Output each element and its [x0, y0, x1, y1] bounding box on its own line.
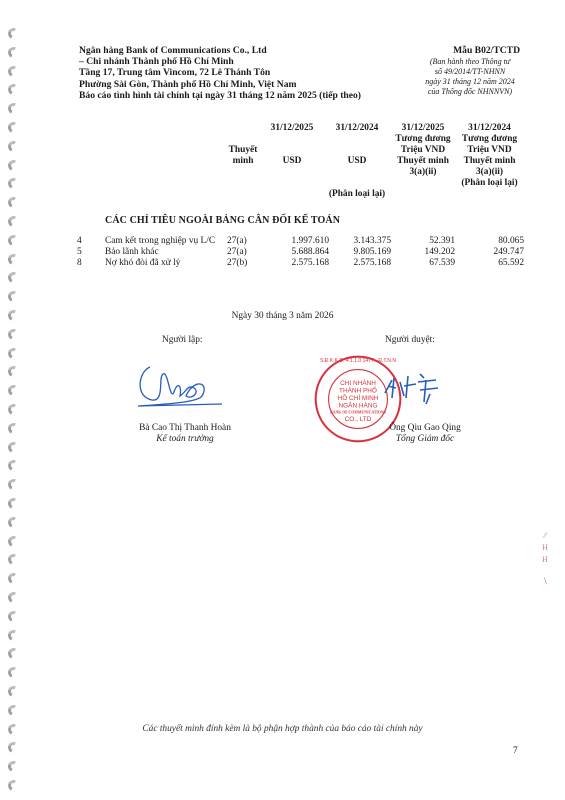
row-code: 8 [77, 258, 105, 269]
binder-ring [6, 760, 20, 774]
form-note-1: (Ban hành theo Thông tư [380, 57, 520, 67]
row-usd-2025: 2.575.168 [263, 258, 329, 269]
binder-ring [6, 252, 20, 266]
binder-ring [6, 440, 20, 454]
svg-text:CHI NHÁNH: CHI NHÁNH [340, 378, 376, 387]
page-number: 7 [513, 746, 518, 756]
binder-ring [6, 290, 20, 304]
binder-ring [6, 647, 20, 661]
bank-name: Ngân hàng Bank of Communications Co., Lt… [79, 45, 361, 56]
approver-signature [380, 368, 450, 408]
row-usd-2024: 2.575.168 [329, 258, 391, 269]
column-headers: Thuyết minh 31/12/2025 USD 31/12/2024 US… [78, 123, 524, 200]
svg-text:CO., LTD: CO., LTD [345, 416, 372, 423]
preparer-label: Người lập: [162, 335, 203, 345]
binder-ring [6, 120, 20, 134]
binder-ring [6, 515, 20, 529]
margin-stamp-marks: ⁄⁄HH∖ [535, 530, 555, 630]
table-row: 8Nợ khó đòi đã xử lý27(b)2.575.1682.575.… [77, 258, 524, 269]
binder-ring [6, 478, 20, 492]
binder-ring [6, 703, 20, 717]
binder-ring [6, 196, 20, 210]
binder-ring [6, 64, 20, 78]
binder-ring [6, 666, 20, 680]
row-item: Bảo lãnh khác [105, 247, 227, 258]
binder-ring [6, 496, 20, 510]
row-usd-2025: 5.688.864 [263, 247, 329, 258]
form-note-4: của Thống đốc NHNNVN) [380, 87, 520, 97]
off-balance-table: 4Cam kết trong nghiệp vụ L/C27(a)1.997.6… [77, 236, 524, 270]
preparer-title: Kế toán trưởng [130, 434, 240, 445]
address-line-1: Tầng 17, Trung tâm Vincom, 72 Lê Thánh T… [79, 67, 361, 78]
row-vnd-2025: 52.391 [391, 236, 455, 247]
branch-name: – Chi nhánh Thành phố Hồ Chí Minh [79, 56, 361, 67]
binder-ring [6, 158, 20, 172]
binder-ring [6, 553, 20, 567]
binder-ring [6, 214, 20, 228]
report-title: Báo cáo tình hình tài chính tại ngày 31 … [79, 90, 361, 101]
row-vnd-2024: 249.747 [455, 247, 524, 258]
binder-ring [6, 83, 20, 97]
col-note-header: Thuyết minh [225, 123, 261, 200]
binder-ring [6, 459, 20, 473]
form-note-2: số 49/2014/TT-NHNN [380, 67, 520, 77]
row-note-ref: 27(a) [227, 236, 263, 247]
row-vnd-2024: 65.592 [455, 258, 524, 269]
binder-ring [6, 233, 20, 247]
binder-ring [6, 177, 20, 191]
row-item: Nợ khó đòi đã xử lý [105, 258, 227, 269]
svg-text:S.Đ.K.K.D: 4.1.1.0.1477 - Đ.T.: S.Đ.K.K.D: 4.1.1.0.1477 - Đ.T.N.N [320, 358, 396, 364]
preparer-name: Bà Cao Thị Thanh Hoàn [130, 423, 240, 434]
row-vnd-2025: 67.539 [391, 258, 455, 269]
binder-ring [6, 741, 20, 755]
binder-ring [6, 26, 20, 40]
binder-ring [6, 139, 20, 153]
binder-ring [6, 365, 20, 379]
row-note-ref: 27(a) [227, 247, 263, 258]
table-row: 4Cam kết trong nghiệp vụ L/C27(a)1.997.6… [77, 236, 524, 247]
binder-ring [6, 778, 20, 792]
binder-ring [6, 45, 20, 59]
binder-ring [6, 590, 20, 604]
form-note-3: ngày 31 tháng 12 năm 2024 [380, 77, 520, 87]
binder-ring [6, 572, 20, 586]
row-note-ref: 27(b) [227, 258, 263, 269]
approver-block: Ông Qiu Gao Qing Tổng Giám đốc [370, 423, 480, 445]
binder-ring [6, 271, 20, 285]
row-vnd-2025: 149.202 [391, 247, 455, 258]
section-title: CÁC CHỈ TIÊU NGOÀI BẢNG CÂN ĐỐI KẾ TOÁN [105, 215, 340, 226]
col-vnd-2025: 31/12/2025 Tương đương Triệu VND Thuyết … [391, 123, 455, 200]
row-code: 4 [77, 236, 105, 247]
row-item: Cam kết trong nghiệp vụ L/C [105, 236, 227, 247]
row-usd-2024: 9.805.169 [329, 247, 391, 258]
binder-ring [6, 346, 20, 360]
address-line-2: Phường Sài Gòn, Thành phố Hồ Chí Minh, V… [79, 79, 361, 90]
approver-label: Người duyệt: [385, 335, 435, 345]
col-usd-2025: 31/12/2025 USD [261, 123, 323, 200]
binder-ring [6, 327, 20, 341]
binder-ring [6, 609, 20, 623]
company-header: Ngân hàng Bank of Communications Co., Lt… [79, 45, 361, 101]
binder-rings [6, 0, 26, 800]
row-usd-2024: 3.143.375 [329, 236, 391, 247]
preparer-block: Bà Cao Thị Thanh Hoàn Kế toán trưởng [130, 423, 240, 445]
svg-text:NGÂN HÀNG: NGÂN HÀNG [339, 400, 378, 409]
footer-note: Các thuyết minh đính kèm là bộ phận hợp … [0, 724, 565, 734]
table-row: 5Bảo lãnh khác27(a)5.688.8649.805.169149… [77, 247, 524, 258]
binder-ring [6, 402, 20, 416]
col-usd-2024: 31/12/2024 USD (Phân loại lại) [323, 123, 391, 200]
row-code: 5 [77, 247, 105, 258]
signing-date: Ngày 30 tháng 3 năm 2026 [0, 311, 565, 321]
binder-ring [6, 421, 20, 435]
approver-title: Tổng Giám đốc [370, 434, 480, 445]
preparer-signature [130, 362, 230, 412]
binder-ring [6, 684, 20, 698]
form-code: Mẫu B02/TCTD [380, 45, 520, 57]
form-reference: Mẫu B02/TCTD (Ban hành theo Thông tư số … [380, 45, 520, 97]
svg-text:BANK OF COMMUNICATIONS: BANK OF COMMUNICATIONS [330, 411, 386, 415]
approver-name: Ông Qiu Gao Qing [370, 423, 480, 434]
binder-ring [6, 534, 20, 548]
binder-ring [6, 628, 20, 642]
row-vnd-2024: 80.065 [455, 236, 524, 247]
binder-ring [6, 102, 20, 116]
col-vnd-2024: 31/12/2024 Tương đương Triệu VND Thuyết … [455, 123, 524, 200]
row-usd-2025: 1.997.610 [263, 236, 329, 247]
binder-ring [6, 384, 20, 398]
